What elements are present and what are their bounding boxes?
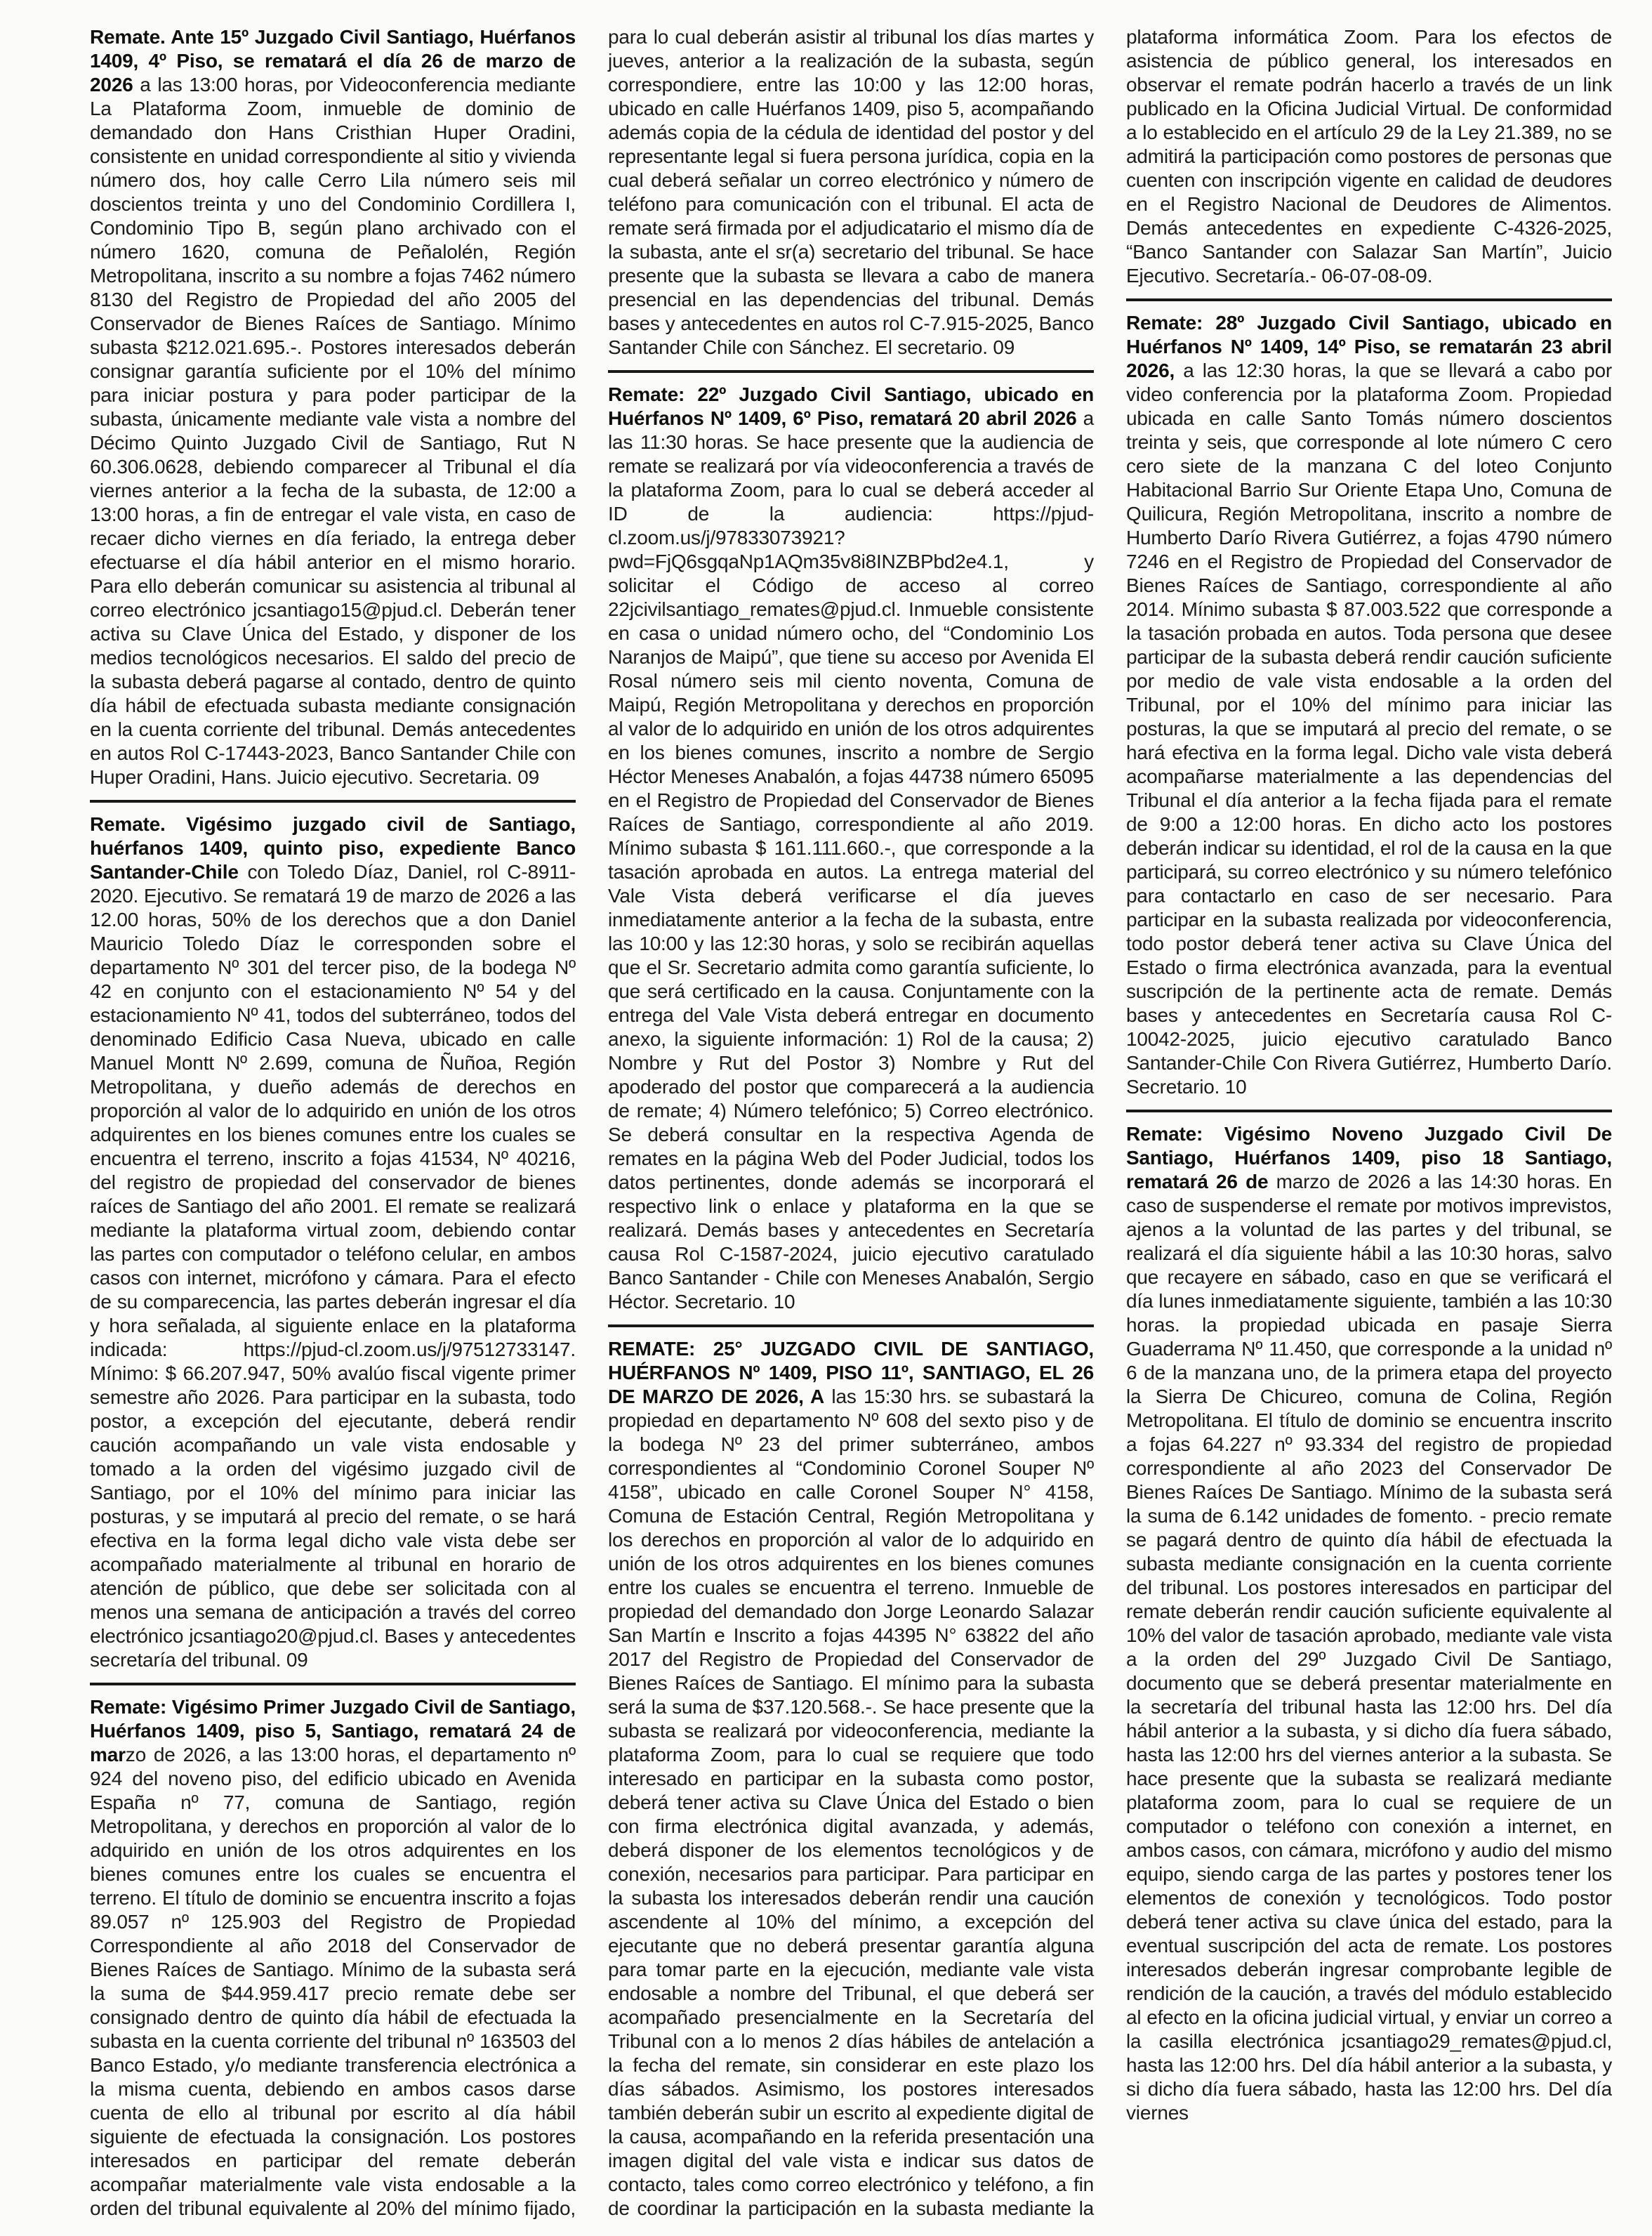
legal-notices-page: Remate. Ante 15º Juzgado Civil Santiago,…	[0, 0, 1652, 2236]
notice-separator-rule	[90, 1683, 576, 1685]
notice-body-text: con Toledo Díaz, Daniel, rol C-8911-2020…	[90, 861, 576, 1671]
notice-separator-rule	[1126, 1110, 1612, 1112]
notice-body-text: marzo de 2026 a las 14:30 horas. En caso…	[1126, 1171, 1612, 2124]
notice-body-text: a las 12:30 horas, la que se llevará a c…	[1126, 360, 1612, 1098]
notice-vigesimo-juzgado-civil-santiago: Remate. Vigésimo juzgado civil de Santia…	[90, 813, 576, 1672]
notice-28-juzgado-civil-santiago: Remate: 28º Juzgado Civil Santiago, ubic…	[1126, 311, 1612, 1099]
notice-15-juzgado-civil-santiago: Remate. Ante 15º Juzgado Civil Santiago,…	[90, 25, 576, 789]
notice-separator-rule	[608, 1324, 1094, 1327]
notices-flow: Remate. Ante 15º Juzgado Civil Santiago,…	[90, 25, 1612, 2225]
notice-separator-rule	[608, 370, 1094, 373]
notice-22-juzgado-civil-santiago: Remate: 22º Juzgado Civil Santiago, ubic…	[608, 383, 1094, 1314]
notice-separator-rule	[1126, 298, 1612, 301]
notice-body-text: a las 11:30 horas. Se hace presente que …	[608, 407, 1094, 1313]
notice-vigesimo-noveno-juzgado-civil: Remate: Vigésimo Noveno Juzgado Civil De…	[1126, 1122, 1612, 2125]
notice-body-text: a las 13:00 horas, por Videoconferencia …	[90, 74, 576, 788]
notice-separator-rule	[90, 800, 576, 803]
notice-lead-bold-text: Remate: 22º Juzgado Civil Santiago, ubic…	[608, 383, 1094, 429]
